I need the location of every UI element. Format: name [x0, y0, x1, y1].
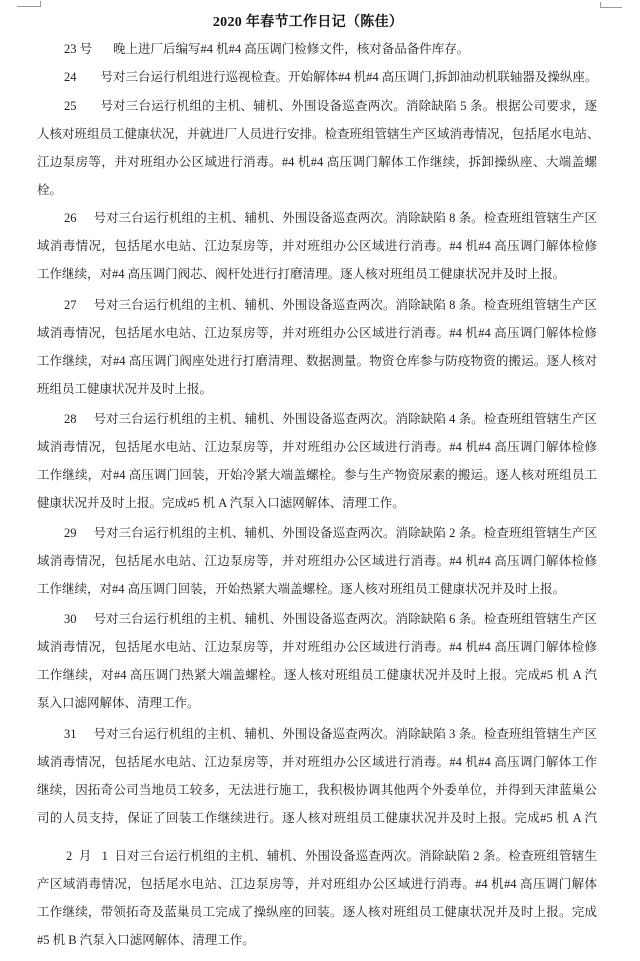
entry-line: 泵入口滤网解体、清理工作。 [37, 689, 597, 717]
margin-corner-mark-top-left-v [40, 1, 41, 7]
entry-date: 27 号 [64, 291, 106, 319]
entry-line: 工作继续，对#4 高压调门回装，开始冷紧大端盖螺栓。参与生产物资尿素的搬运。逐人… [37, 461, 597, 489]
diary-entry-feb-1: 2 月 1 日 对三台运行机组的主机、辅机、外围设备巡查两次。消除缺陷 2 条。… [37, 842, 597, 954]
entry-line: 人核对班组员工健康状况，并就进厂人员进行安排。检查班组管辖生产区域消毒情况，包括… [37, 120, 597, 148]
entry-line: 工作继续，带领拓奇及蓝巢员工完成了操纵座的回装。逐人核对班组员工健康状况并及时上… [37, 898, 597, 926]
entry-text: 对三台运行机组的主机、辅机、外围设备巡查两次。消除缺陷 4 条。检查班组管辖生产… [106, 405, 597, 433]
entry-line: 24 号 对三台运行机组进行巡视检查。开始解体#4 机#4 高压调门,拆卸油动机… [37, 63, 597, 91]
entry-date: 30 号 [64, 605, 106, 633]
entry-line: 江边泵房等，并对班组办公区域进行消毒。#4 机#4 高压调门解体工作继续，拆卸操… [37, 148, 597, 176]
entry-line: 2 月 1 日 对三台运行机组的主机、辅机、外围设备巡查两次。消除缺陷 2 条。… [37, 842, 597, 870]
entry-text: 对三台运行机组的主机、辅机、外围设备巡查两次。消除缺陷 5 条。根据公司要求，逐 [113, 92, 597, 120]
margin-corner-mark-top-right-h [600, 7, 622, 8]
diary-entry-25: 25 号 对三台运行机组的主机、辅机、外围设备巡查两次。消除缺陷 5 条。根据公… [37, 92, 597, 204]
entry-text: 对三台运行机组的主机、辅机、外围设备巡查两次。消除缺陷 8 条。检查班组管辖生产… [106, 291, 597, 319]
entry-text: 晚上进厂后编写#4 机#4 高压调门检修文件，核对备品备件库存。 [113, 35, 597, 63]
diary-entry-26: 26 号 对三台运行机组的主机、辅机、外围设备巡查两次。消除缺陷 8 条。检查班… [37, 204, 597, 288]
entry-line: 继续，因拓奇公司当地员工较多，无法进行施工，我积极协调其他两个外委单位，并得到天… [37, 776, 597, 804]
entry-line: 28 号 对三台运行机组的主机、辅机、外围设备巡查两次。消除缺陷 4 条。检查班… [37, 405, 597, 433]
entry-line: 25 号 对三台运行机组的主机、辅机、外围设备巡查两次。消除缺陷 5 条。根据公… [37, 92, 597, 120]
entry-line: 班组员工健康状况并及时上报。 [37, 375, 597, 403]
diary-entry-28: 28 号 对三台运行机组的主机、辅机、外围设备巡查两次。消除缺陷 4 条。检查班… [37, 405, 597, 517]
margin-corner-mark-top-left-h [17, 6, 41, 7]
entry-date: 23 号 [64, 35, 113, 63]
entry-text: 对三台运行机组进行巡视检查。开始解体#4 机#4 高压调门,拆卸油动机联轴器及操… [113, 63, 597, 91]
entry-line: 域消毒情况，包括尾水电站、江边泵房等，并对班组办公区域进行消毒。#4 机#4 高… [37, 633, 597, 661]
document-title: 2020 年春节工作日记（陈佳） [0, 11, 616, 35]
entry-date: 25 号 [64, 92, 113, 120]
document-page: 2020 年春节工作日记（陈佳） 23 号 晚上进厂后编写#4 机#4 高压调门… [0, 0, 640, 961]
entry-text: 对三台运行机组的主机、辅机、外围设备巡查两次。消除缺陷 8 条。检查班组管辖生产… [106, 204, 597, 232]
entry-line: 域消毒情况，包括尾水电站、江边泵房等，并对班组办公区域进行消毒。#4 机#4 高… [37, 748, 597, 776]
entry-line: 31 号 对三台运行机组的主机、辅机、外围设备巡查两次。消除缺陷 3 条。检查班… [37, 720, 597, 748]
entry-line: 域消毒情况，包括尾水电站、江边泵房等，并对班组办公区域进行消毒。#4 机#4 高… [37, 232, 597, 260]
entry-date: 24 号 [64, 63, 113, 91]
entry-text: 对三台运行机组的主机、辅机、外围设备巡查两次。消除缺陷 2 条。检查班组管辖生 [127, 842, 597, 870]
entry-text: 对三台运行机组的主机、辅机、外围设备巡查两次。消除缺陷 6 条。检查班组管辖生产… [106, 605, 597, 633]
entry-line: 域消毒情况，包括尾水电站、江边泵房等，并对班组办公区域进行消毒。#4 机#4 高… [37, 319, 597, 347]
entry-date: 28 号 [64, 405, 106, 433]
entry-line: 工作继续，对#4 高压调门热紧大端盖螺栓。逐人核对班组员工健康状况并及时上报。完… [37, 661, 597, 689]
diary-entry-31: 31 号 对三台运行机组的主机、辅机、外围设备巡查两次。消除缺陷 3 条。检查班… [37, 720, 597, 832]
diary-entry-23: 23 号 晚上进厂后编写#4 机#4 高压调门检修文件，核对备品备件库存。 [37, 35, 597, 63]
entry-text: 对三台运行机组的主机、辅机、外围设备巡查两次。消除缺陷 3 条。检查班组管辖生产… [106, 720, 597, 748]
entry-line: 26 号 对三台运行机组的主机、辅机、外围设备巡查两次。消除缺陷 8 条。检查班… [37, 204, 597, 232]
entry-line: 工作继续，对#4 高压调门回装，开始热紧大端盖螺栓。逐人核对班组员工健康状况并及… [37, 575, 597, 603]
entry-line: 域消毒情况，包括尾水电站、江边泵房等，并对班组办公区域进行消毒。#4 机#4 高… [37, 547, 597, 575]
entry-line: 30 号 对三台运行机组的主机、辅机、外围设备巡查两次。消除缺陷 6 条。检查班… [37, 605, 597, 633]
entry-line: 司的人员支持，保证了回装工作继续进行。逐人核对班组员工健康状况并及时上报。完成#… [37, 804, 597, 832]
entry-line: 23 号 晚上进厂后编写#4 机#4 高压调门检修文件，核对备品备件库存。 [37, 35, 597, 63]
entry-line: 工作继续，对#4 高压调门阀座处进行打磨清理、数据测量。物资仓库参与防疫物资的搬… [37, 347, 597, 375]
entry-line: 29 号 对三台运行机组的主机、辅机、外围设备巡查两次。消除缺陷 2 条。检查班… [37, 519, 597, 547]
diary-entry-29: 29 号 对三台运行机组的主机、辅机、外围设备巡查两次。消除缺陷 2 条。检查班… [37, 519, 597, 603]
entry-line: 工作继续，对#4 高压调门阀芯、阀杆处进行打磨清理。逐人核对班组员工健康状况并及… [37, 260, 597, 288]
entry-date: 31 号 [64, 720, 106, 748]
entry-line: 产区域消毒情况，包括尾水电站、江边泵房等，并对班组办公区域进行消毒。#4 机#4… [37, 870, 597, 898]
entry-line: 域消毒情况，包括尾水电站、江边泵房等，并对班组办公区域进行消毒。#4 机#4 高… [37, 433, 597, 461]
entry-date: 2 月 1 日 [66, 842, 127, 870]
entry-date: 29 号 [64, 519, 106, 547]
entry-line: 栓。 [37, 176, 597, 204]
diary-entry-24: 24 号 对三台运行机组进行巡视检查。开始解体#4 机#4 高压调门,拆卸油动机… [37, 63, 597, 91]
diary-entry-27: 27 号 对三台运行机组的主机、辅机、外围设备巡查两次。消除缺陷 8 条。检查班… [37, 291, 597, 403]
entry-date: 26 号 [64, 204, 106, 232]
diary-entry-30: 30 号 对三台运行机组的主机、辅机、外围设备巡查两次。消除缺陷 6 条。检查班… [37, 605, 597, 717]
entry-line: #5 机 B 汽泵入口滤网解体、清理工作。 [37, 926, 597, 954]
entry-text: 对三台运行机组的主机、辅机、外围设备巡查两次。消除缺陷 2 条。检查班组管辖生产… [106, 519, 597, 547]
entry-line: 健康状况并及时上报。完成#5 机 A 汽泵入口滤网解体、清理工作。 [37, 489, 597, 517]
entry-line: 27 号 对三台运行机组的主机、辅机、外围设备巡查两次。消除缺陷 8 条。检查班… [37, 291, 597, 319]
diary-body: 23 号 晚上进厂后编写#4 机#4 高压调门检修文件，核对备品备件库存。 24… [37, 35, 597, 954]
